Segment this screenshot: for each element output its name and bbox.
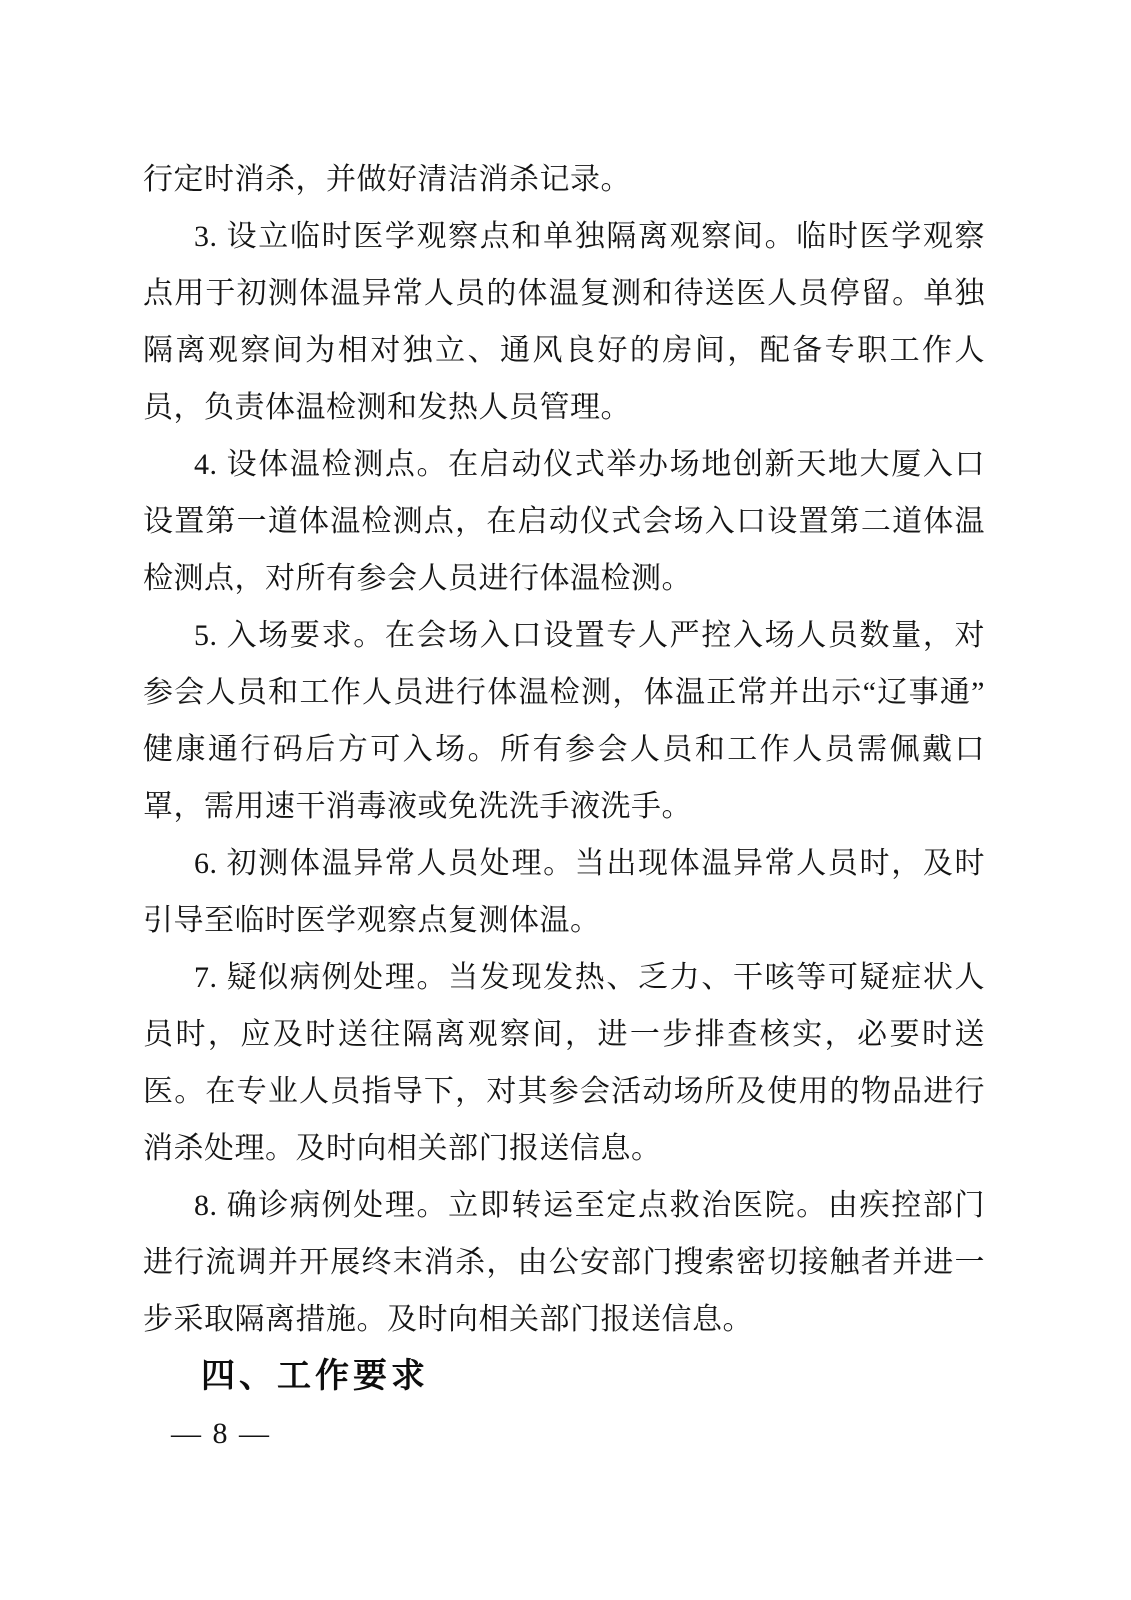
- paragraph-item-3: 3. 设立临时医学观察点和单独隔离观察间。临时医学观察点用于初测体温异常人员的体…: [143, 208, 985, 436]
- page-number: — 8 —: [143, 1405, 985, 1462]
- paragraph-item-5: 5. 入场要求。在会场入口设置专人严控入场人员数量，对参会人员和工作人员进行体温…: [143, 607, 985, 835]
- paragraph-item-6: 6. 初测体温异常人员处理。当出现体温异常人员时，及时引导至临时医学观察点复测体…: [143, 835, 985, 949]
- paragraph-continuation: 行定时消杀，并做好清洁消杀记录。: [143, 151, 985, 208]
- paragraph-item-8: 8. 确诊病例处理。立即转运至定点救治医院。由疾控部门进行流调并开展终末消杀，由…: [143, 1177, 985, 1348]
- paragraph-item-7: 7. 疑似病例处理。当发现发热、乏力、干咳等可疑症状人员时，应及时送往隔离观察间…: [143, 949, 985, 1177]
- document-page: 行定时消杀，并做好清洁消杀记录。 3. 设立临时医学观察点和单独隔离观察间。临时…: [0, 0, 1131, 1600]
- paragraph-item-4: 4. 设体温检测点。在启动仪式举办场地创新天地大厦入口设置第一道体温检测点，在启…: [143, 436, 985, 607]
- section-heading: 四、工作要求: [143, 1348, 985, 1405]
